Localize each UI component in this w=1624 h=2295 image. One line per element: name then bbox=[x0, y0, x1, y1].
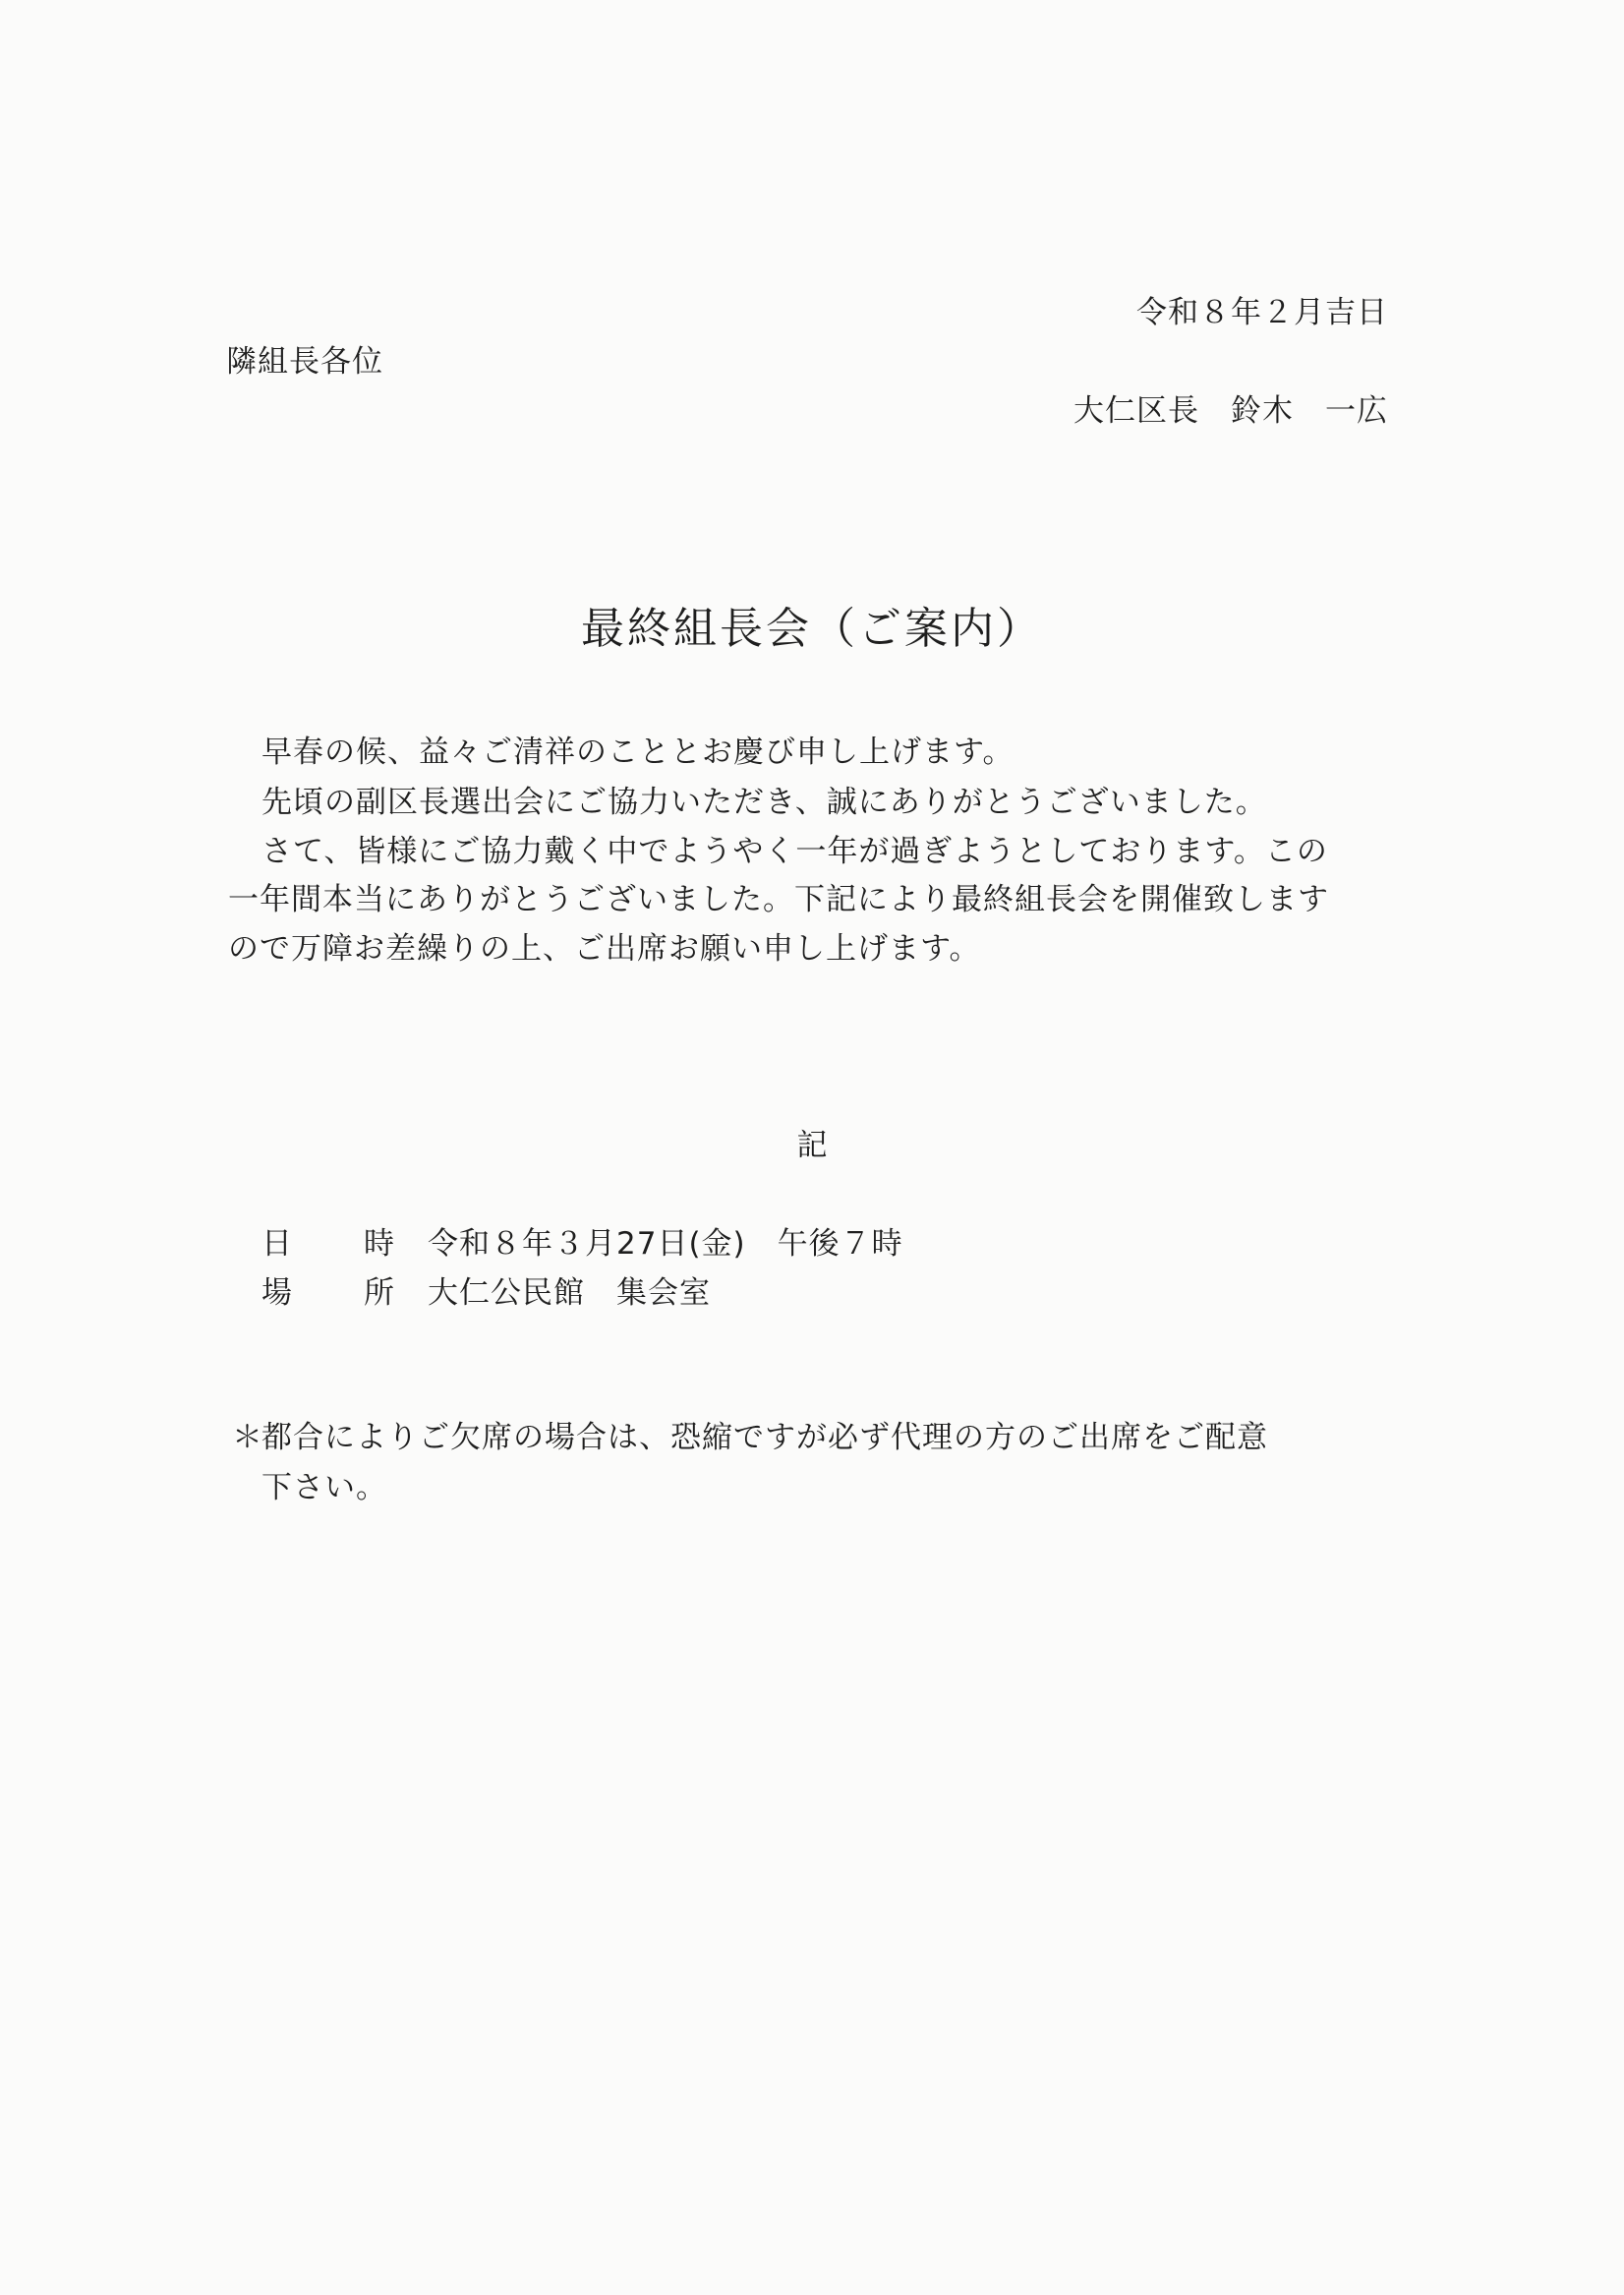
body-line: 早春の候、益々ご清祥のこととお慶び申し上げます。 bbox=[261, 733, 1015, 772]
document-page: 令和８年２月吉日 隣組長各位 大仁区長 鈴木 一広 最終組長会（ご案内） 早春の… bbox=[0, 0, 1624, 2295]
label-char: 時 bbox=[364, 1224, 394, 1264]
issue-date: 令和８年２月吉日 bbox=[1136, 293, 1388, 332]
body-line: 先頃の副区長選出会にご協力いただき、誠にありがとうございました。 bbox=[261, 783, 1267, 822]
addressee: 隣組長各位 bbox=[226, 342, 383, 382]
asterisk-mark: ＊ bbox=[232, 1418, 261, 1457]
label-char: 所 bbox=[364, 1273, 394, 1313]
body-line: さて、皆様にご協力戴く中でようやく一年が過ぎようとしております。この bbox=[261, 832, 1328, 871]
note-text: 都合によりご欠席の場合は、恐縮ですが必ず代理の方のご出席をご配意 bbox=[261, 1420, 1268, 1455]
detail-row-datetime: 日 時 令和８年３月27日(金) 午後７時 bbox=[261, 1224, 903, 1264]
label-char: 場 bbox=[261, 1273, 292, 1313]
body-line: 一年間本当にありがとうございました。下記により最終組長会を開催致します bbox=[228, 880, 1329, 919]
record-heading: 記 bbox=[0, 1126, 1624, 1165]
document-title: 最終組長会（ご案内） bbox=[0, 602, 1624, 657]
sender: 大仁区長 鈴木 一広 bbox=[1073, 391, 1388, 431]
detail-value-place: 大仁公民館 集会室 bbox=[428, 1273, 711, 1313]
label-char: 日 bbox=[261, 1224, 292, 1264]
detail-value-datetime: 令和８年３月27日(金) 午後７時 bbox=[428, 1224, 903, 1264]
detail-label-place: 場 所 bbox=[261, 1273, 394, 1313]
detail-row-place: 場 所 大仁公民館 集会室 bbox=[261, 1273, 711, 1313]
body-line: ので万障お差繰りの上、ご出席お願い申し上げます。 bbox=[228, 929, 981, 969]
note-line: ＊都合によりご欠席の場合は、恐縮ですが必ず代理の方のご出席をご配意 bbox=[232, 1418, 1268, 1457]
note-line: 下さい。 bbox=[261, 1468, 387, 1507]
detail-label-datetime: 日 時 bbox=[261, 1224, 394, 1264]
